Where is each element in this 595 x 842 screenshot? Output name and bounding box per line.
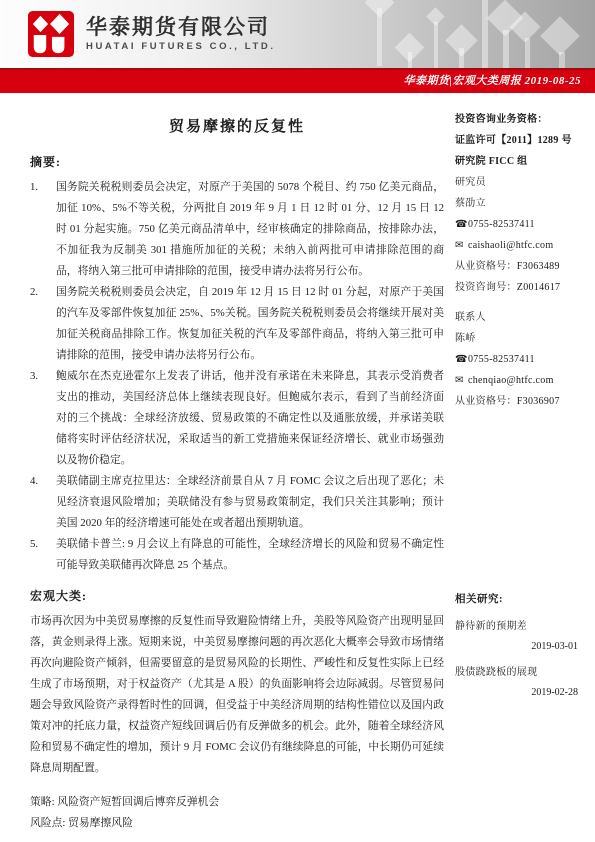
abstract-item-text: 鲍威尔在杰克逊霍尔上发表了讲话，他并没有承诺在未来降息，其表示受消费者支出的推动… xyxy=(56,366,444,471)
contact-phone-number: 0755-82537411 xyxy=(468,354,535,365)
email-icon: ✉ xyxy=(455,374,468,387)
abstract-item-text: 国务院关税税则委员会决定，自 2019 年 12 月 15 日 12 时 01 … xyxy=(56,282,444,366)
company-name-cn: 华泰期货有限公司 xyxy=(86,16,276,40)
researcher-advisory: 投资咨询号：Z0014617 xyxy=(455,281,578,294)
researcher-email-address: caishaoli@htfc.com xyxy=(468,240,553,251)
researcher-name: 蔡劭立 xyxy=(455,197,578,210)
contact-name: 陈峤 xyxy=(455,332,578,345)
abstract-item-number: 1. xyxy=(30,177,56,282)
abstract-list: 1. 国务院关税税则委员会决定，对原产于美国的 5078 个税目、约 750 亿… xyxy=(30,177,444,576)
contact-cert: 从业资格号：F3036907 xyxy=(455,395,578,408)
phone-icon: ☎ xyxy=(455,218,468,231)
sidebar: 投资咨询业务资格： 证监许可【2011】1289 号 研究院 FICC 组 研究… xyxy=(455,113,578,416)
abstract-item: 1. 国务院关税税则委员会决定，对原产于美国的 5078 个税目、约 750 亿… xyxy=(30,177,444,282)
contact-phone: ☎0755-82537411 xyxy=(455,353,578,366)
diamond-icon xyxy=(445,24,478,57)
team-name: 研究院 FICC 组 xyxy=(455,155,578,168)
phone-icon: ☎ xyxy=(455,353,468,366)
researcher-phone-number: 0755-82537411 xyxy=(468,219,535,230)
contact-email-address: chenqiao@htfc.com xyxy=(468,375,554,386)
page-header: 华泰期货有限公司 HUATAI FUTURES CO., LTD. xyxy=(0,0,595,68)
huatai-logo-icon xyxy=(28,11,74,57)
diamond-icon xyxy=(426,7,444,25)
decoration-stem xyxy=(482,0,488,68)
researcher-email: ✉caishaoli@htfc.com xyxy=(455,239,578,252)
abstract-item: 2. 国务院关税税则委员会决定，自 2019 年 12 月 15 日 12 时 … xyxy=(30,282,444,366)
qualification-number: 证监许可【2011】1289 号 xyxy=(455,134,578,147)
abstract-item-number: 4. xyxy=(30,471,56,534)
abstract-item-number: 5. xyxy=(30,534,56,576)
qualification-title: 投资咨询业务资格： xyxy=(455,113,578,126)
researcher-cert: 从业资格号：F3063489 xyxy=(455,260,578,273)
abstract-item: 3. 鲍威尔在杰克逊霍尔上发表了讲话，他并没有承诺在未来降息，其表示受消费者支出… xyxy=(30,366,444,471)
diamond-icon xyxy=(365,0,395,17)
researcher-label: 研究员 xyxy=(455,176,578,189)
researcher-phone: ☎0755-82537411 xyxy=(455,218,578,231)
risk-line: 风险点: 贸易摩擦风险 xyxy=(30,813,444,834)
related-research: 相关研究: 静待新的预期差 2019-03-01 股债跷跷板的展现 2019-0… xyxy=(455,593,578,699)
contact-email: ✉chenqiao@htfc.com xyxy=(455,374,578,387)
diamond-icon xyxy=(540,16,580,56)
contact-label: 联系人 xyxy=(455,311,578,324)
related-research-item: 静待新的预期差 2019-03-01 xyxy=(455,620,578,653)
report-page: 华泰期货有限公司 HUATAI FUTURES CO., LTD. 华泰期货|宏… xyxy=(0,0,595,842)
decoration-stem xyxy=(525,38,530,68)
decoration-stem xyxy=(434,22,438,68)
email-icon: ✉ xyxy=(455,239,468,252)
macro-heading: 宏观大类: xyxy=(30,587,444,604)
strategy-line: 策略: 风险资产短暂回调后博弈反弹机会 xyxy=(30,792,444,813)
abstract-item: 5. 美联储卡普兰: 9 月会议上有降息的可能性，全球经济增长的风险和贸易不确定… xyxy=(30,534,444,576)
abstract-item-number: 3. xyxy=(30,366,56,471)
main-column: 贸易摩擦的反复性 摘要: 1. 国务院关税税则委员会决定，对原产于美国的 507… xyxy=(30,93,444,834)
diamond-icon xyxy=(395,33,425,63)
abstract-item: 4. 美联储副主席克拉里达：全球经济前景自从 7 月 FOMC 会议之后出现了恶… xyxy=(30,471,444,534)
company-name-en: HUATAI FUTURES CO., LTD. xyxy=(86,40,276,53)
related-research-title: 股债跷跷板的展现 xyxy=(455,666,578,679)
report-body: 贸易摩擦的反复性 摘要: 1. 国务院关税税则委员会决定，对原产于美国的 507… xyxy=(0,93,595,842)
abstract-heading: 摘要: xyxy=(30,153,444,170)
abstract-item-text: 国务院关税税则委员会决定，对原产于美国的 5078 个税目、约 750 亿美元商… xyxy=(56,177,444,282)
abstract-item-text: 美联储副主席克拉里达：全球经济前景自从 7 月 FOMC 会议之后出现了恶化；未… xyxy=(56,471,444,534)
related-research-date: 2019-03-01 xyxy=(455,640,578,653)
related-research-list: 静待新的预期差 2019-03-01 股债跷跷板的展现 2019-02-28 xyxy=(455,620,578,699)
abstract-item-number: 2. xyxy=(30,282,56,366)
related-research-heading: 相关研究: xyxy=(455,593,578,607)
macro-paragraph: 市场再次因为中美贸易摩擦的反复性而导致避险情绪上升，美股等风险资产出现明显回落，… xyxy=(30,611,444,779)
related-research-title: 静待新的预期差 xyxy=(455,620,578,633)
abstract-item-text: 美联储卡普兰: 9 月会议上有降息的可能性，全球经济增长的风险和贸易不确定性可能… xyxy=(56,534,444,576)
page-title: 贸易摩擦的反复性 xyxy=(30,115,444,136)
report-banner: 华泰期货|宏观大类周报 2019-08-25 xyxy=(0,68,595,93)
related-research-item: 股债跷跷板的展现 2019-02-28 xyxy=(455,666,578,699)
related-research-date: 2019-02-28 xyxy=(455,686,578,699)
